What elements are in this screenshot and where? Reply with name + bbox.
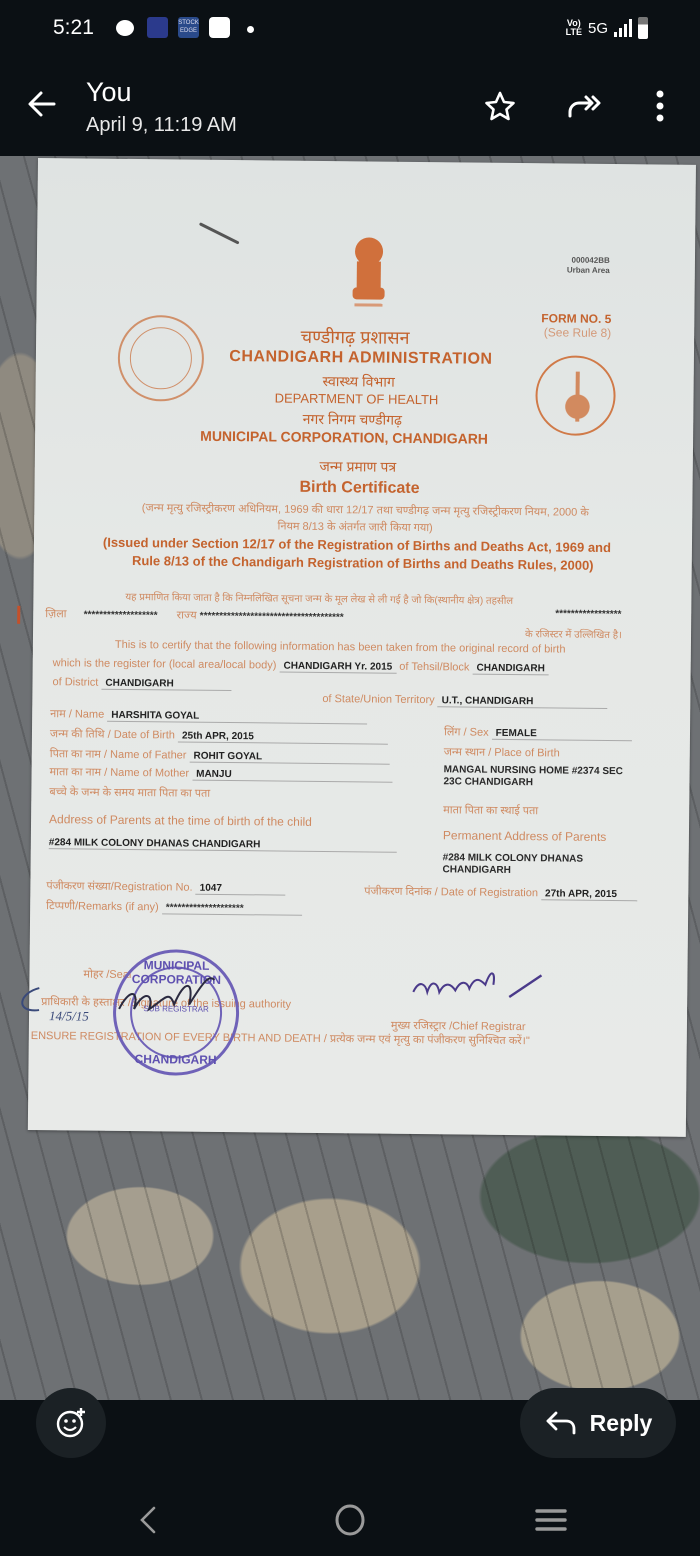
document-code: 000042BB Urban Area	[567, 256, 610, 276]
forward-all-icon	[565, 88, 605, 124]
issuing-authority-signature: 14/5/15	[9, 948, 270, 1041]
photo-viewer[interactable]: 000042BB Urban Area FORM NO. 5 (See Rule…	[0, 156, 700, 1400]
pob-label: जन्म स्थान / Place of Birth	[444, 744, 560, 760]
svg-text:14/5/15: 14/5/15	[49, 1008, 89, 1023]
national-emblem-icon	[346, 233, 391, 313]
red-pen-mark	[17, 606, 20, 624]
reg-date-row: पंजीकरण दिनांक / Date of Registration 27…	[364, 883, 637, 901]
chief-registrar-signature	[409, 954, 550, 1005]
system-indicators: Vo)LTE 5G	[566, 17, 648, 39]
more-options-button[interactable]	[650, 88, 670, 124]
remarks-row: टिप्पणी/Remarks (if any) ***************…	[46, 898, 302, 916]
addr-birth-hindi: बच्चे के जन्म के समय माता पिता का पता	[49, 784, 210, 801]
reply-label: Reply	[590, 1410, 653, 1437]
addr-perm-hindi: माता पिता का स्थाई पता	[443, 802, 538, 818]
status-bar: 5:21 STOCK EDGE Vo)LTE 5G	[0, 0, 700, 60]
star-button[interactable]	[482, 88, 518, 124]
more-dot-icon	[247, 26, 254, 33]
certify-hindi-line: यह प्रमाणित किया जाता है कि निम्नलिखित स…	[125, 589, 513, 607]
place-of-birth-1: MANGAL NURSING HOME #2374 SEC	[444, 764, 623, 777]
nav-back-button[interactable]	[128, 1500, 168, 1540]
name-row: नाम / Name HARSHITA GOYAL	[50, 706, 367, 724]
forward-button[interactable]	[565, 88, 601, 124]
father-row: पिता का नाम / Name of Father ROHIT GOYAL	[50, 746, 390, 765]
app-header: You April 9, 11:19 AM	[0, 60, 700, 156]
sender-name: You	[86, 77, 132, 108]
news-app-icon	[147, 17, 168, 38]
certify-english-1: This is to certify that the following in…	[115, 639, 566, 656]
title-hindi: जन्म प्रमाण पत्र	[29, 454, 687, 480]
dob-row: जन्म की तिथि / Date of Birth 25th APR, 2…	[50, 726, 388, 745]
reply-button[interactable]: Reply	[520, 1388, 676, 1458]
district-row: of District CHANDIGARH	[52, 676, 231, 691]
addr-perm-label: Permanent Address of Parents	[443, 828, 607, 844]
addr-birth-label: Address of Parents at the time of birth …	[49, 812, 312, 829]
mother-row: माता का नाम / Name of Mother MANJU	[49, 764, 392, 783]
chat-bubble-icon	[116, 20, 134, 36]
star-icon	[482, 88, 518, 124]
bottom-bar: Reply	[0, 1400, 700, 1556]
stock-edge-app-icon: STOCK EDGE	[178, 17, 199, 38]
local-body-row: which is the register for (local area/lo…	[53, 657, 549, 675]
state-row: of State/Union Territory U.T., CHANDIGAR…	[322, 693, 607, 709]
nav-home-button[interactable]	[330, 1500, 370, 1540]
reg-no-row: पंजीकरण संख्या/Registration No. 1047	[46, 878, 285, 896]
issued-english-2: Rule 8/13 of the Chandigarh Registration…	[34, 552, 692, 574]
tehsil-masked: *****************	[555, 607, 621, 620]
shopping-bag-icon	[209, 17, 230, 38]
back-arrow-icon	[24, 86, 60, 122]
nav-recents-icon	[534, 1505, 568, 1535]
back-button[interactable]	[24, 86, 60, 122]
nav-back-icon	[136, 1505, 160, 1535]
add-reaction-button[interactable]	[36, 1388, 106, 1458]
battery-icon	[638, 17, 648, 39]
signal-bars-icon	[614, 19, 632, 37]
message-datetime: April 9, 11:19 AM	[86, 114, 237, 137]
register-hindi-suffix: के रजिस्टर में उल्लिखित है।	[525, 626, 622, 641]
sex-row: लिंग / Sex FEMALE	[444, 724, 632, 741]
document-title: Birth Certificate	[30, 476, 688, 501]
volte-icon: Vo)LTE	[566, 19, 582, 37]
birth-certificate-document: 000042BB Urban Area FORM NO. 5 (See Rule…	[28, 158, 696, 1137]
place-of-birth-2: 23C CHANDIGARH	[443, 776, 533, 788]
pen-mark	[199, 222, 240, 244]
addr-perm-2: CHANDIGARH	[443, 864, 511, 876]
network-type: 5G	[588, 20, 608, 37]
status-time: 5:21	[53, 16, 94, 40]
reply-arrow-icon	[544, 1409, 578, 1437]
add-reaction-icon	[54, 1406, 88, 1440]
addr-birth-row: #284 MILK COLONY DHANAS CHANDIGARH	[49, 836, 397, 853]
nav-home-icon	[333, 1503, 367, 1537]
district-state-row: ज़िला ******************* राज्य ********…	[45, 606, 344, 624]
nav-recents-button[interactable]	[531, 1500, 571, 1540]
addr-perm-1: #284 MILK COLONY DHANAS	[443, 852, 584, 864]
more-vertical-icon	[650, 88, 670, 124]
